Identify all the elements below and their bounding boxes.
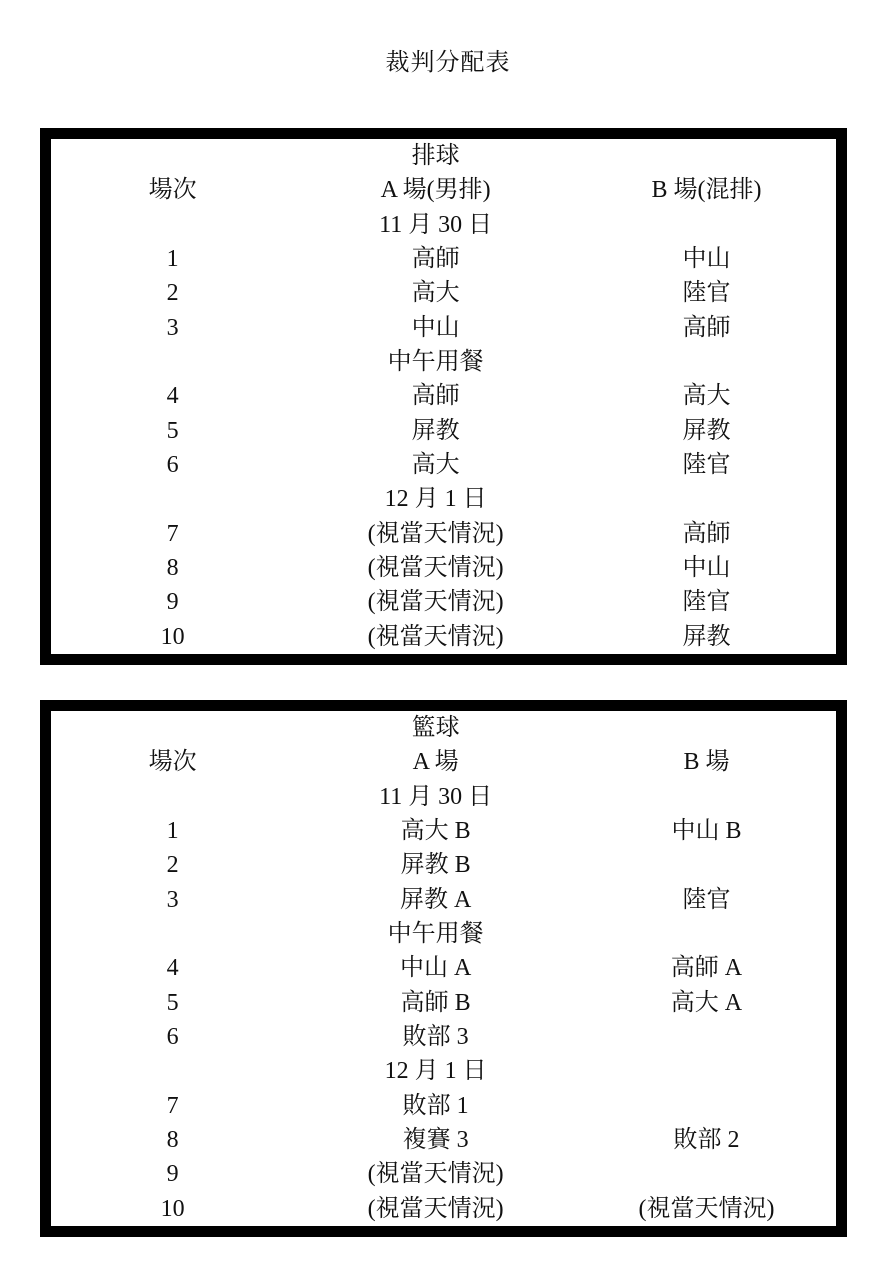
match-row: 1高大 B中山 B bbox=[51, 814, 836, 848]
court-b-cell: 陸官 bbox=[577, 452, 836, 478]
sport-title-row: 排球 bbox=[51, 139, 836, 173]
section-row: 中午用餐 bbox=[51, 917, 836, 951]
court-a-cell: 敗部 1 bbox=[294, 1093, 577, 1119]
court-b-cell: 陸官 bbox=[577, 589, 836, 615]
court-a-cell: 複賽 3 bbox=[294, 1127, 577, 1153]
court-b-cell: 高師 A bbox=[577, 955, 836, 981]
match-number-cell: 7 bbox=[51, 1093, 294, 1119]
court-a-cell: 高大 B bbox=[294, 818, 577, 844]
match-number-cell: 1 bbox=[51, 246, 294, 272]
court-b-cell: 高師 bbox=[577, 315, 836, 341]
match-number-cell: 10 bbox=[51, 1196, 294, 1222]
court-b-cell: 屏教 bbox=[577, 624, 836, 650]
match-row: 3屏教 A陸官 bbox=[51, 883, 836, 917]
court-a-cell: 敗部 3 bbox=[294, 1024, 577, 1050]
page-title: 裁判分配表 bbox=[0, 42, 896, 77]
match-row: 1高師中山 bbox=[51, 242, 836, 276]
court-b-cell: (視當天情況) bbox=[577, 1196, 836, 1222]
court-a-cell: 屏教 B bbox=[294, 852, 577, 878]
match-row: 8複賽 3敗部 2 bbox=[51, 1123, 836, 1157]
match-number-cell: 6 bbox=[51, 452, 294, 478]
match-row: 9(視當天情況) bbox=[51, 1157, 836, 1191]
match-number-cell: 8 bbox=[51, 555, 294, 581]
referee-table-basketball: 籃球場次A 場B 場11 月 30 日1高大 B中山 B2屏教 B3屏教 A陸官… bbox=[40, 700, 847, 1237]
match-number-cell: 2 bbox=[51, 852, 294, 878]
court-b-header: B 場(混排) bbox=[577, 177, 836, 203]
header-row: 場次A 場(男排)B 場(混排) bbox=[51, 173, 836, 207]
match-number-header: 場次 bbox=[51, 749, 294, 775]
match-row: 7敗部 1 bbox=[51, 1089, 836, 1123]
court-a-cell: (視當天情況) bbox=[294, 521, 577, 547]
match-row: 10(視當天情況)屏教 bbox=[51, 620, 836, 654]
court-a-cell: 屏教 bbox=[294, 418, 577, 444]
sport-title-row: 籃球 bbox=[51, 711, 836, 745]
match-number-cell: 4 bbox=[51, 383, 294, 409]
court-b-cell: 陸官 bbox=[577, 887, 836, 913]
match-number-cell: 1 bbox=[51, 818, 294, 844]
match-number-cell: 9 bbox=[51, 1161, 294, 1187]
court-a-cell: 中山 bbox=[294, 315, 577, 341]
section-row: 12 月 1 日 bbox=[51, 1054, 836, 1088]
court-a-cell: 高大 bbox=[294, 452, 577, 478]
section-label: 中午用餐 bbox=[294, 921, 577, 947]
match-row: 2高大陸官 bbox=[51, 276, 836, 310]
court-a-header: A 場 bbox=[294, 749, 577, 775]
section-label: 中午用餐 bbox=[294, 349, 577, 375]
match-number-cell: 3 bbox=[51, 887, 294, 913]
court-b-cell: 中山 bbox=[577, 555, 836, 581]
match-number-cell: 5 bbox=[51, 990, 294, 1016]
match-row: 8(視當天情況)中山 bbox=[51, 551, 836, 585]
court-b-cell: 中山 B bbox=[577, 818, 836, 844]
match-number-cell: 6 bbox=[51, 1024, 294, 1050]
match-number-cell: 8 bbox=[51, 1127, 294, 1153]
match-row: 9(視當天情況)陸官 bbox=[51, 585, 836, 619]
match-row: 7(視當天情況)高師 bbox=[51, 517, 836, 551]
match-row: 6高大陸官 bbox=[51, 448, 836, 482]
match-number-header: 場次 bbox=[51, 177, 294, 203]
court-a-cell: 高大 bbox=[294, 280, 577, 306]
court-a-cell: (視當天情況) bbox=[294, 1196, 577, 1222]
match-row: 5屏教屏教 bbox=[51, 414, 836, 448]
court-a-cell: 高師 bbox=[294, 246, 577, 272]
court-a-cell: (視當天情況) bbox=[294, 624, 577, 650]
match-row: 5高師 B高大 A bbox=[51, 986, 836, 1020]
sport-title: 籃球 bbox=[294, 715, 577, 741]
court-a-cell: 屏教 A bbox=[294, 887, 577, 913]
match-row: 6敗部 3 bbox=[51, 1020, 836, 1054]
court-a-cell: (視當天情況) bbox=[294, 1161, 577, 1187]
match-number-cell: 9 bbox=[51, 589, 294, 615]
referee-table-volleyball: 排球場次A 場(男排)B 場(混排)11 月 30 日1高師中山2高大陸官3中山… bbox=[40, 128, 847, 665]
section-row: 11 月 30 日 bbox=[51, 208, 836, 242]
court-b-cell: 中山 bbox=[577, 246, 836, 272]
court-a-cell: (視當天情況) bbox=[294, 555, 577, 581]
section-label: 11 月 30 日 bbox=[294, 784, 577, 810]
section-row: 11 月 30 日 bbox=[51, 780, 836, 814]
section-row: 12 月 1 日 bbox=[51, 482, 836, 516]
court-b-cell: 敗部 2 bbox=[577, 1127, 836, 1153]
match-row: 4中山 A高師 A bbox=[51, 951, 836, 985]
court-a-header: A 場(男排) bbox=[294, 177, 577, 203]
match-row: 2屏教 B bbox=[51, 848, 836, 882]
match-row: 4高師高大 bbox=[51, 379, 836, 413]
section-label: 12 月 1 日 bbox=[294, 1058, 577, 1084]
sport-title: 排球 bbox=[294, 143, 577, 169]
match-number-cell: 3 bbox=[51, 315, 294, 341]
court-a-cell: 高師 bbox=[294, 383, 577, 409]
court-b-cell: 高大 bbox=[577, 383, 836, 409]
match-number-cell: 4 bbox=[51, 955, 294, 981]
court-b-cell: 高師 bbox=[577, 521, 836, 547]
match-row: 3中山高師 bbox=[51, 311, 836, 345]
match-number-cell: 2 bbox=[51, 280, 294, 306]
match-number-cell: 10 bbox=[51, 624, 294, 650]
court-a-cell: 中山 A bbox=[294, 955, 577, 981]
court-b-cell: 屏教 bbox=[577, 418, 836, 444]
match-number-cell: 7 bbox=[51, 521, 294, 547]
court-a-cell: 高師 B bbox=[294, 990, 577, 1016]
court-a-cell: (視當天情況) bbox=[294, 589, 577, 615]
section-label: 12 月 1 日 bbox=[294, 486, 577, 512]
section-label: 11 月 30 日 bbox=[294, 212, 577, 238]
court-b-cell: 陸官 bbox=[577, 280, 836, 306]
court-b-header: B 場 bbox=[577, 749, 836, 775]
court-b-cell: 高大 A bbox=[577, 990, 836, 1016]
match-number-cell: 5 bbox=[51, 418, 294, 444]
header-row: 場次A 場B 場 bbox=[51, 745, 836, 779]
match-row: 10(視當天情況)(視當天情況) bbox=[51, 1192, 836, 1226]
section-row: 中午用餐 bbox=[51, 345, 836, 379]
